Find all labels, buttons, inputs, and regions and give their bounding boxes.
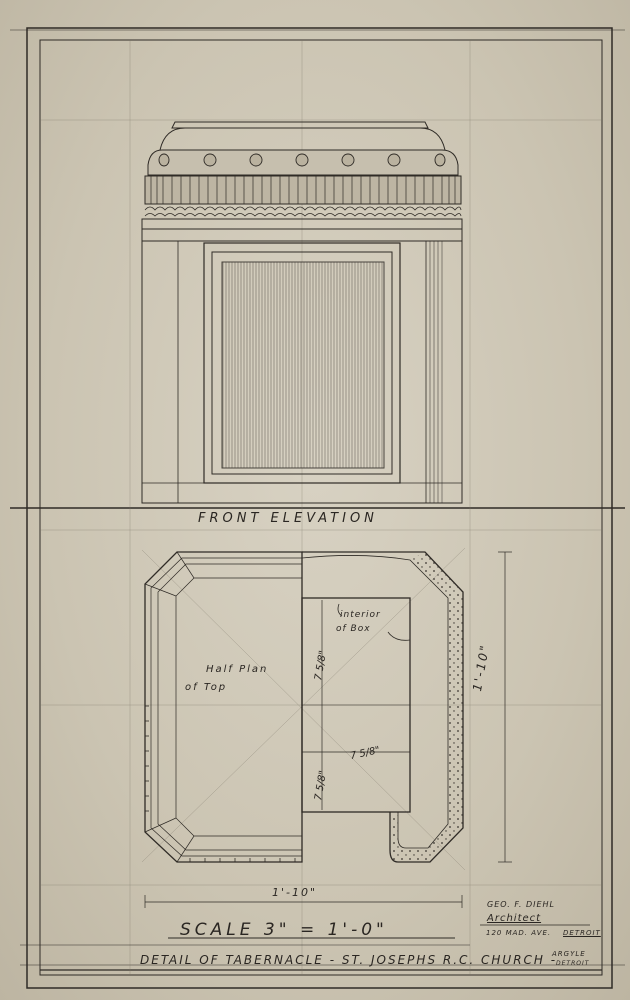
interior-label-line1: interior <box>340 610 381 620</box>
architect-city: DETROIT <box>563 929 601 937</box>
overall-width-dimension: 1'-10" <box>272 886 317 899</box>
drawing-title-place-line1: ARGYLE <box>552 950 586 958</box>
drawing-title-place-line2: DETROIT <box>556 960 589 967</box>
plan-view <box>145 552 512 908</box>
edge-ticks <box>145 706 295 862</box>
half-plan-label-line1: Half Plan <box>206 664 268 675</box>
architect-name: GEO. F. DIEHL <box>487 900 555 909</box>
half-plan-label-line2: of Top <box>185 682 227 693</box>
front-elevation-label: FRONT ELEVATION <box>198 511 378 526</box>
drawing-sheet: FRONT ELEVATION Half Plan of Top interio… <box>0 0 630 1000</box>
drawing-title: DETAIL OF TABERNACLE - ST. JOSEPHS R.C. … <box>140 953 557 967</box>
front-elevation <box>142 122 462 503</box>
architect-title: Architect <box>487 913 541 924</box>
scale-label: SCALE 3" = 1'-0" <box>180 920 388 940</box>
architectural-drawing <box>0 0 630 1000</box>
architect-address: 120 MAD. AVE. <box>486 929 551 937</box>
interior-label-line2: of Box <box>336 624 371 634</box>
